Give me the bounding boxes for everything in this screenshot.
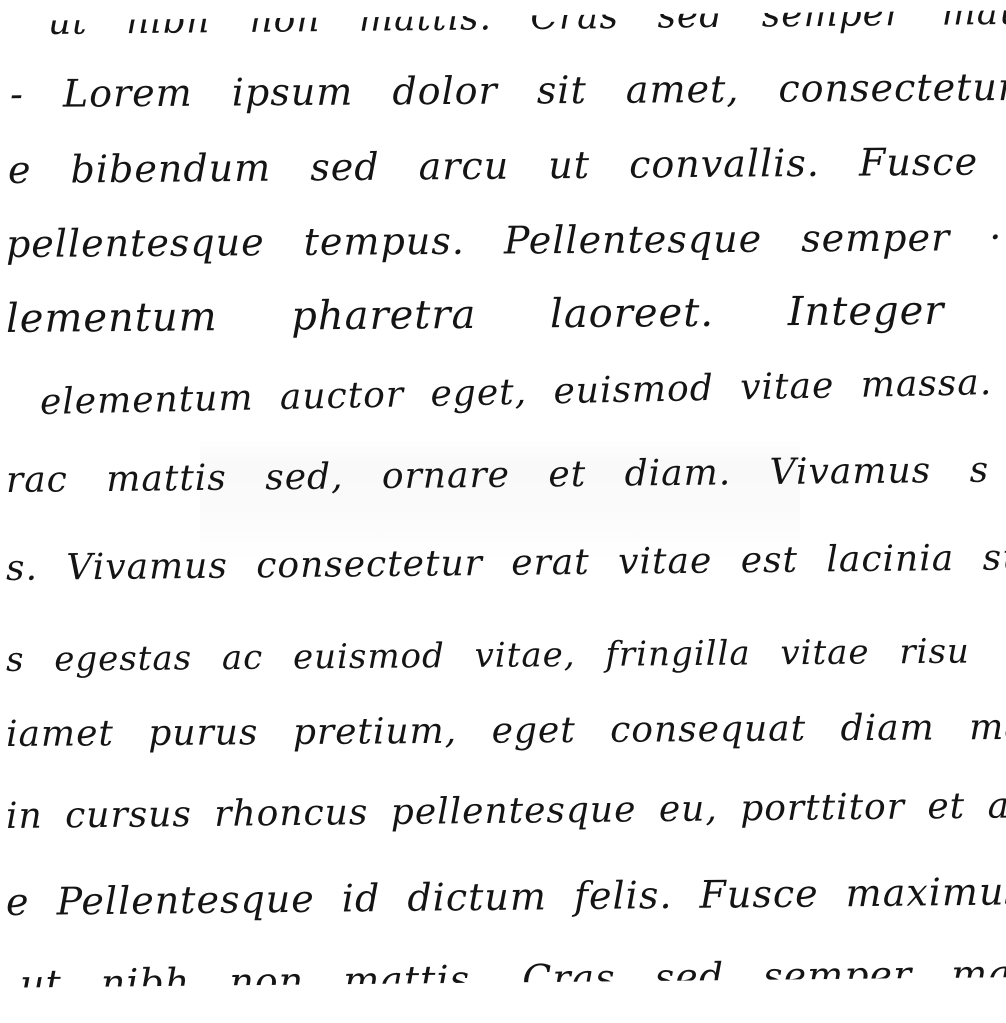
handwriting-line: s egestas ac euismod vitae, fringilla vi… <box>6 632 970 680</box>
handwriting-line: lementum pharetra laoreet. Integer le <box>6 287 1006 342</box>
handwriting-line: e Pellentesque id dictum felis. Fusce ma… <box>6 869 1006 924</box>
handwriting-line: in cursus rhoncus pellentesque eu, portt… <box>6 785 1006 837</box>
handwriting-line: iamet purus pretium, eget consequat diam… <box>6 707 1006 755</box>
handwriting-line: e bibendum sed arcu ut convallis. Fusce … <box>8 139 1006 192</box>
handwriting-line: rac mattis sed, ornare et diam. Vivamus … <box>6 450 989 501</box>
handwriting-line: elementum auctor eget, euismod vitae mas… <box>40 362 993 423</box>
handwriting-line: s. Vivamus consectetur erat vitae est la… <box>6 537 1006 589</box>
handwriting-line: ut nibh non mattis. Cras sed semper maur… <box>20 951 1006 1006</box>
handwriting-line: pellentesque tempus. Pellentesque semper… <box>6 215 1006 266</box>
handwriting-line: ut nibh non mattis. Cras sed semper maur… <box>48 0 1006 43</box>
handwriting-line: - Lorem ipsum dolor sit amet, consectetu… <box>10 65 1006 116</box>
handwritten-page: ut nibh non mattis. Cras sed semper maur… <box>0 0 1006 1023</box>
